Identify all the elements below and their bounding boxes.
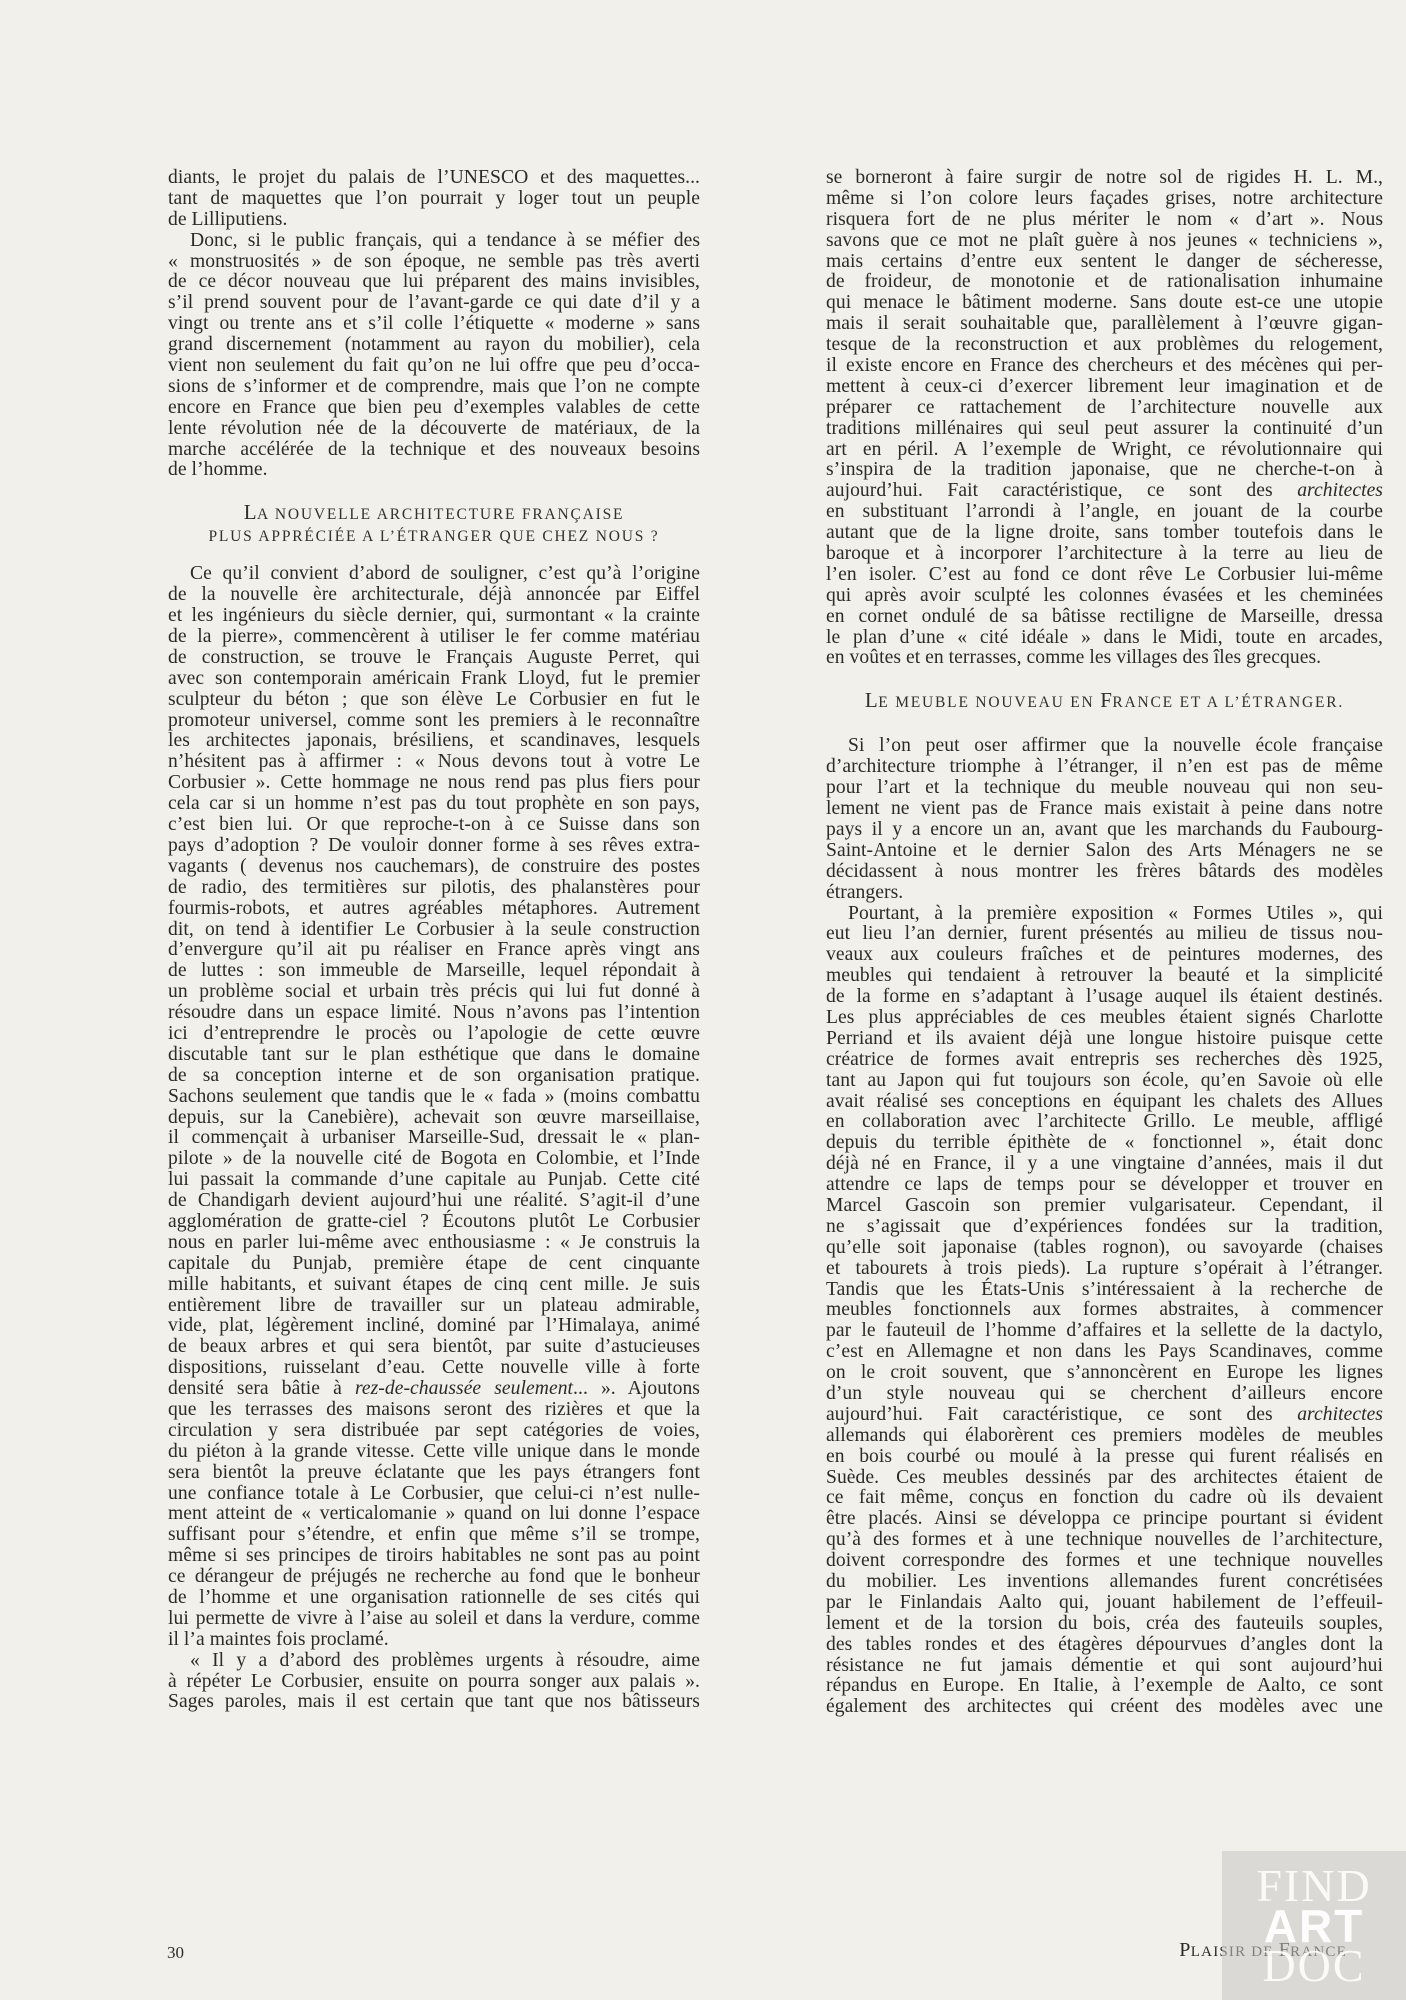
text-line: savons que ce mot ne plaît guère à nos j… bbox=[826, 231, 1383, 252]
text-line: de l’homme et une organisation rationnel… bbox=[168, 1588, 700, 1609]
text-line: un problème social et urbain très précis… bbox=[168, 982, 700, 1003]
text-line: de ce décor nouveau que lui préparent de… bbox=[168, 272, 700, 293]
text-line: capitale du Punjab, première étape de ce… bbox=[168, 1254, 700, 1275]
text-line: de Chandigarh devient aujourd’hui une ré… bbox=[168, 1191, 700, 1212]
text-line: lente révolution née de la découverte de… bbox=[168, 419, 700, 440]
magazine-page: diants, le projet du palais de l’UNESCO … bbox=[0, 0, 1406, 2000]
text-line: être placés. Ainsi se développa ce princ… bbox=[826, 1509, 1383, 1530]
text-line: suffisant pour s’étendre, et enfin que m… bbox=[168, 1525, 700, 1546]
findartdoc-watermark: FIND ART DOC bbox=[1222, 1851, 1406, 2000]
text-line: il existe encore en France des chercheur… bbox=[826, 356, 1383, 377]
text-line: tesque de la reconstruction et aux probl… bbox=[826, 335, 1383, 356]
text-line: attendre ce laps de temps pour se dévelo… bbox=[826, 1175, 1383, 1196]
text-line: de luttes : son immeuble de Marseille, l… bbox=[168, 961, 700, 982]
text-line: pour l’art et la technique du meuble nou… bbox=[826, 778, 1383, 799]
text-line: on le croit souvent, que s’annoncèrent e… bbox=[826, 1363, 1383, 1384]
text-line: de froideur, de monotonie et de rational… bbox=[826, 272, 1383, 293]
text-line: les architectes japonais, brésiliens, et… bbox=[168, 731, 700, 752]
text-line: de la nouvelle ère architecturale, déjà … bbox=[168, 585, 700, 606]
text-line: vide, plat, légèrement incliné, dominé p… bbox=[168, 1316, 700, 1337]
text-line: en bois courbé ou moulé à la presse qui … bbox=[826, 1447, 1383, 1468]
text-line: lement ne vient pas de France mais exist… bbox=[826, 799, 1383, 820]
text-line: d’un style nouveau qui se cherchent d’ai… bbox=[826, 1384, 1383, 1405]
text-line: mille habitants, et suivant étapes de ci… bbox=[168, 1275, 700, 1296]
text-line: de Lilliputiens. bbox=[168, 210, 700, 231]
text-line: qu’elle soit japonaise (tables rognon), … bbox=[826, 1238, 1383, 1259]
text-line: « monstruosités » de son époque, ne semb… bbox=[168, 252, 700, 273]
text-line: tant au Japon qui fut toujours son école… bbox=[826, 1071, 1383, 1092]
paragraph: se borneront à faire surgir de notre sol… bbox=[826, 168, 1383, 481]
paragraph: en substituant l’arrondi à l’angle, en j… bbox=[826, 502, 1383, 669]
text-line: sions de s’informer et de comprendre, ma… bbox=[168, 377, 700, 398]
text-line: préparer ce rattachement de l’architectu… bbox=[826, 398, 1383, 419]
text-line-italic: densité sera bâtie à rez-de-chaussée seu… bbox=[168, 1379, 700, 1400]
text-line: c’est bien lui. Or que reproche-t-on à c… bbox=[168, 815, 700, 836]
text-line: dit, on tend à identifier Le Corbusier à… bbox=[168, 920, 700, 941]
text-line: une confiance totale à Le Corbusier, que… bbox=[168, 1484, 700, 1505]
text-line: étrangers. bbox=[826, 883, 1383, 904]
text-line: autant que de la ligne droite, sans tomb… bbox=[826, 523, 1383, 544]
paragraph: que les terrasses des maisons seront des… bbox=[168, 1400, 700, 1651]
text-line: des tables rondes et des étagères dépour… bbox=[826, 1635, 1383, 1656]
text-line: vingt ou trente ans et s’il colle l’étiq… bbox=[168, 314, 700, 335]
text-line: « Il y a d’abord des problèmes urgents à… bbox=[168, 1651, 700, 1672]
text-line: avait réalisé ses conceptions en équipan… bbox=[826, 1092, 1383, 1113]
text-line: ce fait même, conçus en fonction du cadr… bbox=[826, 1488, 1383, 1509]
text-line: Donc, si le public français, qui a tenda… bbox=[168, 231, 700, 252]
text-line: même si ses principes de tiroirs habitab… bbox=[168, 1546, 700, 1567]
text-line: d’architecture triomphe à l’étranger, il… bbox=[826, 757, 1383, 778]
text-line: résistance ne fut jamais démentie et qui… bbox=[826, 1656, 1383, 1677]
text-line: répandus en Europe. En Italie, à l’exemp… bbox=[826, 1676, 1383, 1697]
paragraph: diants, le projet du palais de l’UNESCO … bbox=[168, 168, 700, 231]
text-line: meubles qui tendaient à retrouver la bea… bbox=[826, 966, 1383, 987]
text-line: allemands qui élaborèrent ces premiers m… bbox=[826, 1426, 1383, 1447]
text-line: sera bientôt la preuve éclatante que les… bbox=[168, 1463, 700, 1484]
text-line: encore en France que bien peu d’exemples… bbox=[168, 398, 700, 419]
paragraph: Donc, si le public français, qui a tenda… bbox=[168, 231, 700, 482]
text-line: traditions millénaires qui seul peut ass… bbox=[826, 419, 1383, 440]
text-line: Tandis que les États-Unis s’intéressaien… bbox=[826, 1280, 1383, 1301]
text-line: en collaboration avec l’architecte Grill… bbox=[826, 1112, 1383, 1133]
text-line: nous en parler lui-même avec enthousiasm… bbox=[168, 1233, 700, 1254]
text-line: circulation y sera distribuée par sept c… bbox=[168, 1421, 700, 1442]
text-line: vient non seulement du fait qu’on ne lui… bbox=[168, 356, 700, 377]
left-column: diants, le projet du palais de l’UNESCO … bbox=[168, 168, 700, 1713]
text-line: de l’homme. bbox=[168, 460, 700, 481]
text-line: résoudre dans un espace limité. Nous n’a… bbox=[168, 1003, 700, 1024]
text-line: Suède. Ces meubles dessinés par des arch… bbox=[826, 1468, 1383, 1489]
text-line: depuis du terrible épithète de « fonctio… bbox=[826, 1133, 1383, 1154]
text-line: créatrice de formes avait entrepris ses … bbox=[826, 1050, 1383, 1071]
text-line: il l’a maintes fois proclamé. bbox=[168, 1630, 700, 1651]
text-line: de sa conception interne et de son organ… bbox=[168, 1066, 700, 1087]
text-line: de la pierre», commencèrent à utiliser l… bbox=[168, 627, 700, 648]
text-line: lui permette de vivre à l’aise au soleil… bbox=[168, 1609, 700, 1630]
text-line: lement et de la torsion du bois, créa de… bbox=[826, 1614, 1383, 1635]
paragraph: Ce qu’il convient d’abord de souligner, … bbox=[168, 564, 700, 1379]
text-line: d’envergure qu’il ait pu réaliser en Fra… bbox=[168, 940, 700, 961]
right-column: se borneront à faire surgir de notre sol… bbox=[826, 168, 1383, 1718]
text-line: même si l’on colore leurs façades grises… bbox=[826, 189, 1383, 210]
text-line: Sages paroles, mais il est certain que t… bbox=[168, 1692, 700, 1713]
text-line: le plan d’une « cité idéale » dans le Mi… bbox=[826, 628, 1383, 649]
text-line: par le fauteuil de l’homme d’affaires et… bbox=[826, 1321, 1383, 1342]
text-line: qui après avoir sculpté les colonnes éva… bbox=[826, 586, 1383, 607]
text-line: Sachons seulement que tandis que le « fa… bbox=[168, 1087, 700, 1108]
italic-text: architectes bbox=[1297, 1404, 1383, 1425]
text-line: pays d’adoption ? De vouloir donner form… bbox=[168, 836, 700, 857]
text-line: qui menace le bâtiment moderne. Sans dou… bbox=[826, 293, 1383, 314]
text-line: mais il serait souhaitable que, parallèl… bbox=[826, 314, 1383, 335]
text-line: agglomération de gratte-ciel ? Écoutons … bbox=[168, 1212, 700, 1233]
text-line: pilote » de la nouvelle cité de Bogota e… bbox=[168, 1149, 700, 1170]
text-line: Corbusier ». Cette hommage ne nous rend … bbox=[168, 773, 700, 794]
text-line: grand discernement (notamment au rayon d… bbox=[168, 335, 700, 356]
text-line: et les ingénieurs du siècle dernier, qui… bbox=[168, 606, 700, 627]
text-line: baroque et à incorporer l’architecture à… bbox=[826, 544, 1383, 565]
paragraph: Pourtant, à la première exposition « For… bbox=[826, 904, 1383, 1405]
text-line: qu’à des formes et à une technique nouve… bbox=[826, 1530, 1383, 1551]
text-line: Ce qu’il convient d’abord de souligner, … bbox=[168, 564, 700, 585]
text-line: également des architectes qui créent des… bbox=[826, 1697, 1383, 1718]
text-line: depuis, sur la Canebière), achevait son … bbox=[168, 1108, 700, 1129]
text-line: il commençait à urbaniser Marseille-Sud,… bbox=[168, 1128, 700, 1149]
paragraph: Si l’on peut oser affirmer que la nouvel… bbox=[826, 736, 1383, 903]
text-line: discutable tant sur le plan esthétique q… bbox=[168, 1045, 700, 1066]
text-line: meubles fonctionnels aux formes abstrait… bbox=[826, 1300, 1383, 1321]
text-line: du piéton à la grande vitesse. Cette vil… bbox=[168, 1442, 700, 1463]
text-line: diants, le projet du palais de l’UNESCO … bbox=[168, 168, 700, 189]
text-line: de construction, se trouve le Français A… bbox=[168, 648, 700, 669]
text-line: l’en isoler. C’est au fond ce dont rêve … bbox=[826, 565, 1383, 586]
text-line: marche accélérée de la technique et des … bbox=[168, 440, 700, 461]
text-line: s’inspira de la tradition japonaise, que… bbox=[826, 460, 1383, 481]
text-line: en cornet ondulé de sa bâtisse rectilign… bbox=[826, 607, 1383, 628]
text-line: ne s’agissait que d’expériences fondées … bbox=[826, 1217, 1383, 1238]
text-line: et tabourets à trois pieds). La rupture … bbox=[826, 1259, 1383, 1280]
text-line-italic: aujourd’hui. Fait caractéristique, ce so… bbox=[826, 1405, 1383, 1426]
text-line: Saint-Antoine et le dernier Salon des Ar… bbox=[826, 841, 1383, 862]
text-line: art en péril. A l’exemple de Wright, ce … bbox=[826, 440, 1383, 461]
text-line: ment atteint de « verticalomanie » quand… bbox=[168, 1504, 700, 1525]
text-line: entièrement libre de travailler sur un p… bbox=[168, 1296, 700, 1317]
text-line: risquera fort de ne plus mériter le nom … bbox=[826, 210, 1383, 231]
text-line: eut lieu l’an dernier, furent présentés … bbox=[826, 924, 1383, 945]
text-line-italic: aujourd’hui. Fait caractéristique, ce so… bbox=[826, 481, 1383, 502]
text-line: mettent à ceux-ci d’exercer librement le… bbox=[826, 377, 1383, 398]
text-line: Perriand et ils avaient déjà une longue … bbox=[826, 1029, 1383, 1050]
text-line: pays il y a encore un an, avant que les … bbox=[826, 820, 1383, 841]
text-line: Les plus appréciables de ces meubles éta… bbox=[826, 1008, 1383, 1029]
italic-text: rez-de-chaussée seulement bbox=[355, 1378, 573, 1399]
text-line: dispositions, ruisselant d’eau. Cette no… bbox=[168, 1358, 700, 1379]
text-line: ici d’entreprendre le procès ou l’apolog… bbox=[168, 1024, 700, 1045]
paragraph: « Il y a d’abord des problèmes urgents à… bbox=[168, 1651, 700, 1714]
text-line: décidassent à nous montrer les frères bâ… bbox=[826, 862, 1383, 883]
text-line: déjà né en France, il y a une vingtaine … bbox=[826, 1154, 1383, 1175]
text-line: promoteur universel, comme sont les prem… bbox=[168, 711, 700, 732]
text-line: Si l’on peut oser affirmer que la nouvel… bbox=[826, 736, 1383, 757]
text-line: sculpteur du béton ; que son élève Le Co… bbox=[168, 690, 700, 711]
text-line: lui passait la commande d’une capitale a… bbox=[168, 1170, 700, 1191]
text-line: que les terrasses des maisons seront des… bbox=[168, 1400, 700, 1421]
text-line: veaux aux couleurs fraîches et de peintu… bbox=[826, 945, 1383, 966]
text-line: à répéter Le Corbusier, ensuite on pourr… bbox=[168, 1672, 700, 1693]
text-line: de beaux arbres et qui sera bientôt, par… bbox=[168, 1337, 700, 1358]
text-line: vagants ( devenus nos cauchemars), de co… bbox=[168, 857, 700, 878]
text-line: Pourtant, à la première exposition « For… bbox=[826, 904, 1383, 925]
page-number: 30 bbox=[167, 1943, 184, 1963]
text-line: en voûtes et en terrasses, comme les vil… bbox=[826, 648, 1383, 669]
text-line: s’il prend souvent pour de l’avant-garde… bbox=[168, 293, 700, 314]
paragraph: allemands qui élaborèrent ces premiers m… bbox=[826, 1426, 1383, 1718]
text-line: fourmis-robots, et autres agréables méta… bbox=[168, 899, 700, 920]
text-line: doivent correspondre des formes et une t… bbox=[826, 1551, 1383, 1572]
text-line: tant de maquettes que l’on pourrait y lo… bbox=[168, 189, 700, 210]
text-line: du mobilier. Les inventions allemandes f… bbox=[826, 1572, 1383, 1593]
text-line: se borneront à faire surgir de notre sol… bbox=[826, 168, 1383, 189]
text-line: cela car si un homme n’est pas du tout p… bbox=[168, 794, 700, 815]
text-line: n’hésitent pas à affirmer : « Nous devon… bbox=[168, 752, 700, 773]
text-line: de la forme en s’adaptant à l’usage auqu… bbox=[826, 987, 1383, 1008]
text-line: avec son contemporain américain Frank Ll… bbox=[168, 669, 700, 690]
section-heading: Le meuble nouveau en France et a l’étran… bbox=[826, 689, 1383, 714]
text-line: Marcel Gascoin son premier vulgarisateur… bbox=[826, 1196, 1383, 1217]
text-line: ce dérangeur de préjugés ne recherche au… bbox=[168, 1567, 700, 1588]
text-line: de radio, des termitières sur pilotis, d… bbox=[168, 878, 700, 899]
text-line: en substituant l’arrondi à l’angle, en j… bbox=[826, 502, 1383, 523]
text-line: par le Finlandais Aalto qui, jouant habi… bbox=[826, 1593, 1383, 1614]
section-heading: La nouvelle architecture française plus … bbox=[168, 501, 700, 548]
text-line: mais certains d’entre eux sentent le dan… bbox=[826, 252, 1383, 273]
text-line: c’est en Allemagne et non dans les Pays … bbox=[826, 1342, 1383, 1363]
italic-text: architectes bbox=[1297, 480, 1383, 501]
